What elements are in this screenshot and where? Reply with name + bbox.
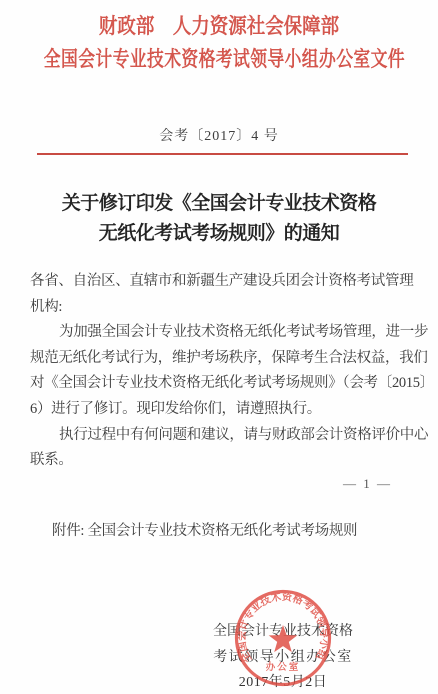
- signature-date: 2017年5月2日: [163, 671, 403, 691]
- body-line: 各省、自治区、直辖市和新疆生产建设兵团会计资格考试管理: [30, 269, 412, 295]
- document-title-line1: 关于修订印发《全国会计专业技术资格: [62, 193, 377, 214]
- body-line: 为加强全国会计专业技术资格无纸化考试考场管理，进一步: [30, 320, 412, 346]
- attachment-line: 附件: 全国会计专业技术资格无纸化考试考场规则: [52, 519, 357, 540]
- body-line: 规范无纸化考试行为，维护考场秩序，保障考生合法权益，我们: [30, 346, 412, 372]
- body-line: 6）进行了修订。现印发给你们，请遵照执行。: [30, 397, 412, 423]
- body-line: 对《全国会计专业技术资格无纸化考试考场规则》（会考〔2015〕: [30, 371, 412, 397]
- body-line: 机构:: [30, 295, 412, 321]
- document-body: 各省、自治区、直辖市和新疆生产建设兵团会计资格考试管理 机构: 为加强全国会计专…: [30, 269, 412, 474]
- letterhead-office-title: 全国会计专业技术资格考试领导小组办公室文件: [44, 43, 394, 73]
- signature-org-line1: 全国会计专业技术资格: [163, 620, 403, 640]
- page-number: — 1 —: [343, 476, 392, 492]
- document-page: 财政部 人力资源社会保障部 全国会计专业技术资格考试领导小组办公室文件 会考〔2…: [0, 0, 438, 694]
- red-divider-rule: [37, 153, 408, 155]
- letterhead-issuers: 财政部 人力资源社会保障部: [26, 10, 411, 40]
- document-title: 关于修订印发《全国会计专业技术资格无纸化考试考场规则》的通知: [0, 189, 438, 249]
- body-line: 联系。: [30, 448, 412, 474]
- document-title-line2: 无纸化考试考场规则》的通知: [99, 223, 340, 244]
- signature-org-line2: 考试领导小组办公室: [163, 646, 403, 666]
- document-number: 会考〔2017〕4 号: [0, 125, 438, 145]
- body-line: 执行过程中有何问题和建议，请与财政部会计资格评价中心: [30, 423, 412, 449]
